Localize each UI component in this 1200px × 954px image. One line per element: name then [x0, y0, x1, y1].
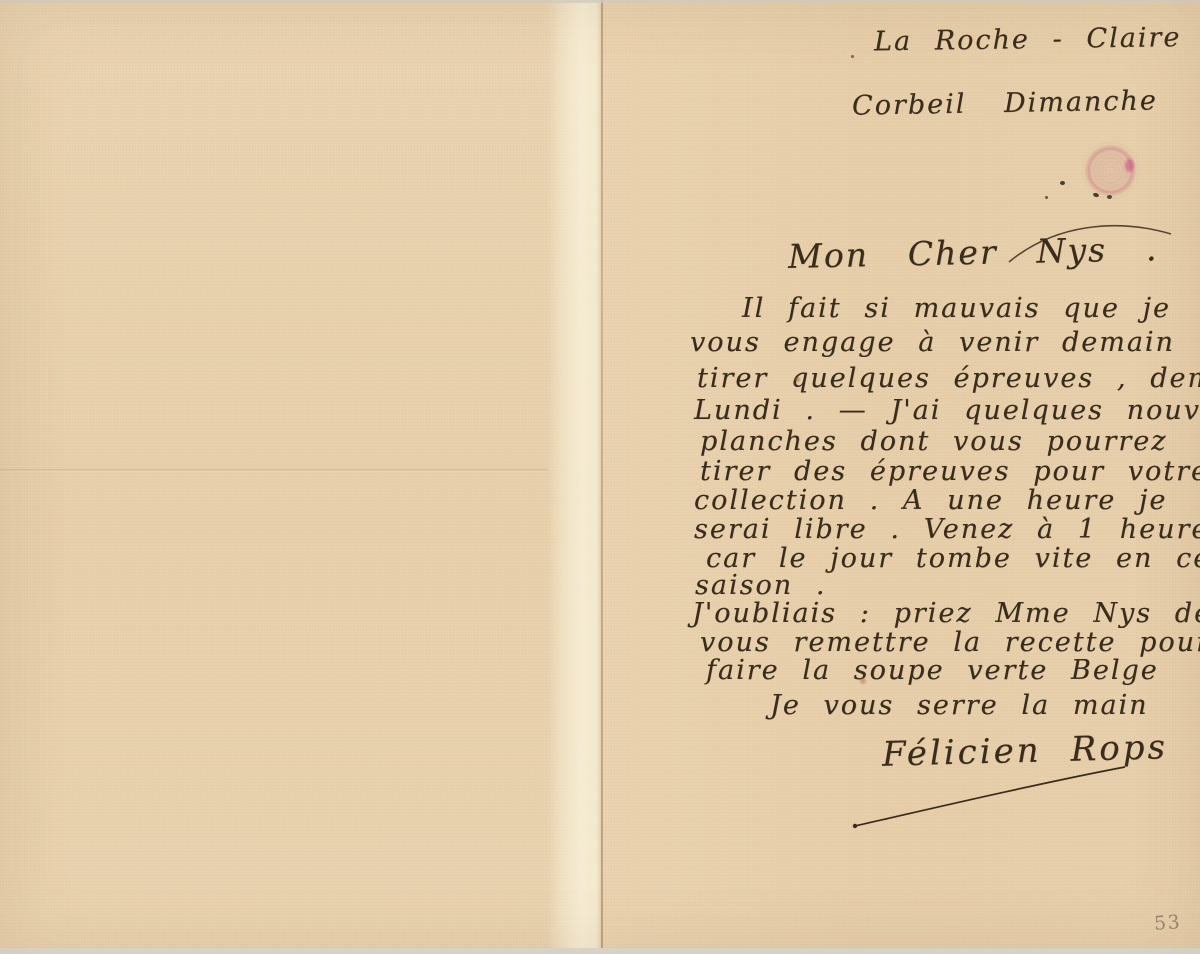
manuscript-line: tirer quelques épreuves , demain: [697, 365, 1200, 392]
letter-date-line: Corbeil Dimanche: [852, 87, 1158, 119]
manuscript-line: car le jour tombe vite en cette: [706, 545, 1200, 572]
signature-flourish-line: [845, 758, 1135, 836]
ink-speck: [851, 55, 854, 58]
ink-speck: [1107, 195, 1112, 199]
center-fold-highlight: [546, 0, 601, 954]
horizontal-crease: [0, 469, 548, 472]
round-collection-stamp: [1082, 142, 1139, 199]
letter-place-line: La Roche - Claire .: [874, 24, 1200, 56]
manuscript-line: vous engage à venir demain: [690, 329, 1175, 356]
blank-verso-page: [0, 0, 602, 954]
manuscript-line: Il fait si mauvais que je: [742, 295, 1171, 322]
letter-scan: La Roche - Claire . Corbeil Dimanche Mon…: [0, 0, 1200, 954]
manuscript-line: Lundi . — J'ai quelques nouvelles: [694, 397, 1200, 424]
manuscript-line: faire la soupe verte Belge: [706, 657, 1159, 684]
ink-speck: [1045, 196, 1048, 199]
center-fold-line: [601, 0, 603, 954]
manuscript-line: J'oubliais : priez Mme Nys de: [692, 600, 1200, 627]
scan-edge-bottom: [0, 948, 1200, 954]
ink-speck: [1060, 181, 1065, 185]
manuscript-line: saison .: [695, 572, 826, 599]
manuscript-line: planches dont vous pourrez: [700, 428, 1167, 455]
foxing-spot: [860, 678, 866, 684]
manuscript-line: serai libre . Venez à 1 heure: [694, 516, 1200, 543]
pen-flourish: [1005, 212, 1180, 270]
stamp-ink-blob: [1125, 159, 1134, 172]
inventory-number: 53: [1153, 911, 1182, 935]
manuscript-line: collection . A une heure je: [694, 487, 1167, 514]
manuscript-line: Je vous serre la main: [770, 692, 1149, 719]
foxing-spot: [795, 377, 800, 382]
manuscript-line: vous remettre la recette pour: [700, 629, 1200, 656]
manuscript-line: tirer des épreuves pour votre: [700, 458, 1200, 485]
scan-edge-top: [0, 0, 1200, 3]
